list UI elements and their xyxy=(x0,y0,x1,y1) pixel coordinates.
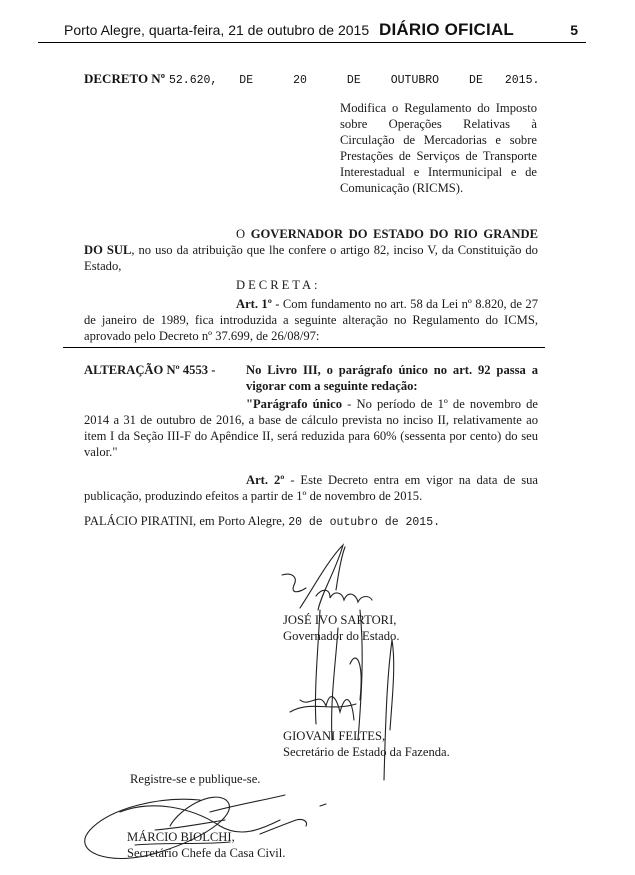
decreta-heading: DECRETA: xyxy=(236,277,321,293)
article-2-text: - Este Decreto entra em vigor na data de… xyxy=(84,473,538,503)
decree-label: DECRETO Nº xyxy=(84,71,165,86)
header-location-date: Porto Alegre, quarta-feira, 21 de outubr… xyxy=(64,22,369,38)
decree-de-3: DE xyxy=(469,74,483,87)
decree-month: OUTUBRO xyxy=(391,74,439,87)
signature-governor: JOSÉ IVO SARTORI, Governador do Estado. xyxy=(283,612,399,644)
preamble-lead: O xyxy=(236,227,251,241)
article-1: Art. 1º - Com fundamento no art. 58 da L… xyxy=(84,296,538,344)
registre-line: Registre-se e publique-se. xyxy=(130,771,260,787)
article-1-label: Art. 1º xyxy=(236,297,272,311)
decree-day: 20 xyxy=(293,74,307,87)
decree-ementa: Modifica o Regulamento do Imposto sobre … xyxy=(340,100,537,196)
preamble: O GOVERNADOR DO ESTADO DO RIO GRANDE DO … xyxy=(84,226,538,274)
alteracao-text: No Livro III, o parágrafo único no art. … xyxy=(246,362,538,394)
signatory-name: MÁRCIO BIOLCHI, xyxy=(127,829,285,845)
signatory-name: GIOVANI FELTES, xyxy=(283,728,450,744)
signatory-title: Secretário Chefe da Casa Civil. xyxy=(127,845,285,861)
page-number: 5 xyxy=(570,22,578,38)
article-2-label: Art. 2º xyxy=(246,473,284,487)
decree-year: 2015. xyxy=(505,74,540,87)
alteracao-label: ALTERAÇÃO Nº 4553 - xyxy=(84,362,215,378)
signatory-title: Governador do Estado. xyxy=(283,628,399,644)
article-2: Art. 2º - Este Decreto entra em vigor na… xyxy=(84,472,538,504)
signature-fazenda: GIOVANI FELTES, Secretário de Estado da … xyxy=(283,728,450,760)
paragrafo-label: "Parágrafo único xyxy=(246,397,342,411)
page-header: Porto Alegre, quarta-feira, 21 de outubr… xyxy=(38,18,586,43)
signature-casa-civil: MÁRCIO BIOLCHI, Secretário Chefe da Casa… xyxy=(127,829,285,861)
article-1-text: - Com fundamento no art. 58 da Lei nº 8.… xyxy=(84,297,538,343)
decree-de-2: DE xyxy=(347,74,361,87)
closing-place: PALÁCIO PIRATINI, em Porto Alegre, xyxy=(84,514,285,528)
publication-title: DIÁRIO OFICIAL xyxy=(379,20,514,40)
closing-line: PALÁCIO PIRATINI, em Porto Alegre, 20 de… xyxy=(84,513,440,531)
signatory-name: JOSÉ IVO SARTORI, xyxy=(283,612,399,628)
paragrafo-unico: "Parágrafo único - No período de 1º de n… xyxy=(84,396,538,460)
decree-number: 52.620, xyxy=(169,74,217,87)
decree-heading: DECRETO Nº 52.620, DE 20 DE OUTUBRO DE 2… xyxy=(84,70,524,88)
signatory-title: Secretário de Estado da Fazenda. xyxy=(283,744,450,760)
closing-date: 20 de outubro de 2015. xyxy=(288,516,440,529)
preamble-rest: , no uso da atribuição que lhe confere o… xyxy=(84,243,538,273)
section-divider xyxy=(63,347,545,348)
decree-de-1: DE xyxy=(239,74,253,87)
